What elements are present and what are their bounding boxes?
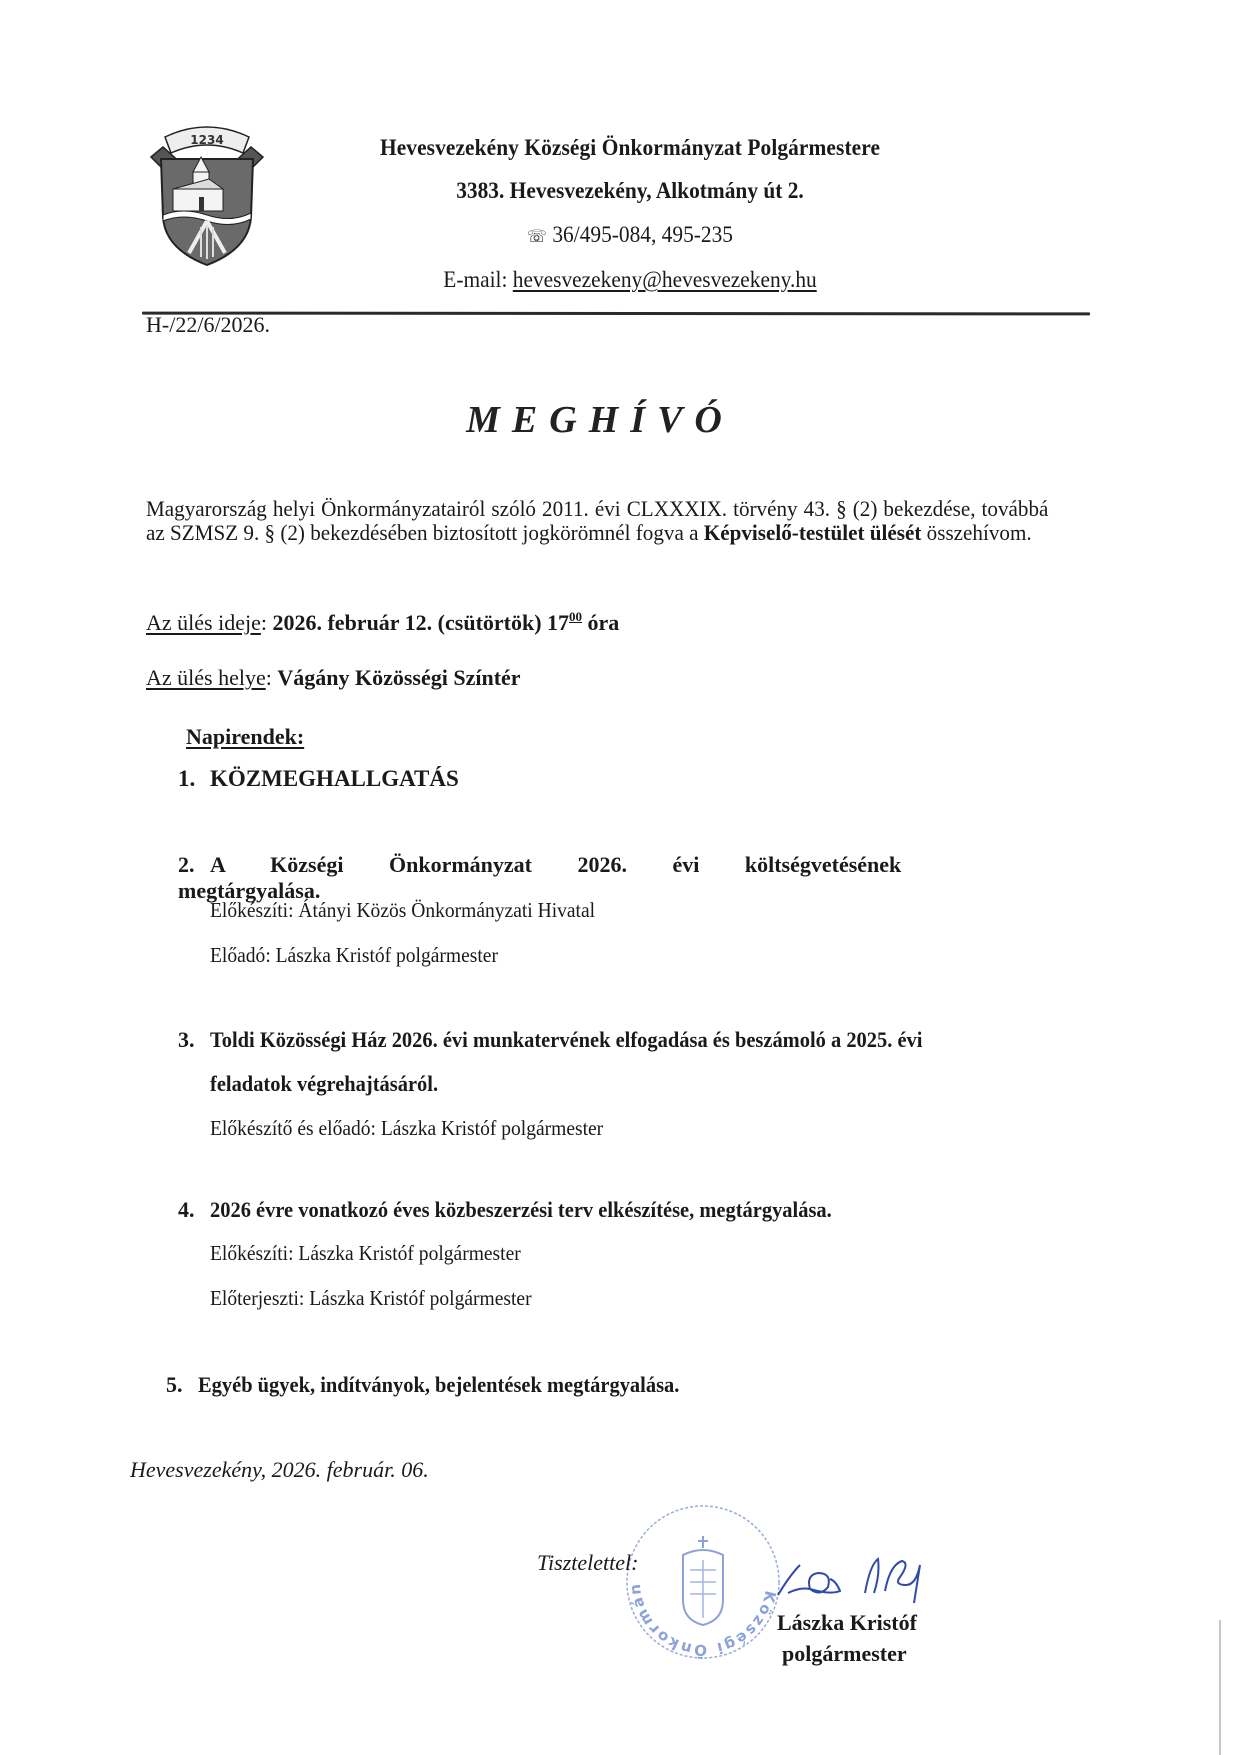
handwritten-signature-icon: [770, 1545, 950, 1605]
agenda-item-number: 2.: [178, 852, 210, 878]
closing-salutation: Tisztelettel:: [537, 1550, 638, 1576]
scan-edge-artifact: [1219, 1620, 1221, 1755]
agenda-item-title: Egyéb ügyek, indítványok, bejelentések m…: [198, 1372, 679, 1398]
agenda-item-number: 5.: [166, 1372, 198, 1398]
telephone-icon: ☏: [527, 227, 547, 247]
intro-paragraph: Magyarország helyi Önkormányzatairól szó…: [146, 497, 1048, 545]
header-divider: [142, 312, 1090, 316]
municipal-crest-icon: 1234: [143, 117, 271, 267]
reference-number: H-/22/6/2026.: [146, 312, 270, 338]
agenda-item-number: 3.: [178, 1027, 210, 1053]
meeting-time-minutes: 00: [569, 609, 582, 624]
document-title: MEGHÍVÓ: [400, 398, 800, 442]
agenda-item: 5.Egyéb ügyek, indítványok, bejelentések…: [166, 1372, 716, 1398]
agenda-item-detail: Előkészíti: Átányi Közös Önkormányzati H…: [210, 898, 595, 923]
organization-phone: ☏36/495-084, 495-235: [305, 222, 956, 248]
signer-title: polgármester: [782, 1641, 907, 1667]
organization-name: Hevesvezekény Községi Önkormányzat Polgá…: [305, 135, 956, 161]
agenda-item: 4.2026 évre vonatkozó éves közbeszerzési…: [178, 1197, 879, 1223]
meeting-time-value: 2026. február 12. (csütörtök) 1700 óra: [272, 610, 619, 635]
place-and-date: Hevesvezekény, 2026. február. 06.: [130, 1457, 429, 1483]
email-link[interactable]: hevesvezekeny@hevesvezekeny.hu: [513, 267, 817, 292]
agenda-item: 2.A Községi Önkormányzat 2026. évi költs…: [178, 852, 1078, 904]
meeting-time-label: Az ülés ideje: [146, 610, 261, 635]
agenda-item-title-continued: feladatok végrehajtásáról.: [210, 1071, 438, 1097]
meeting-place-label: Az ülés helye: [146, 665, 266, 690]
phone-numbers: 36/495-084, 495-235: [552, 222, 733, 247]
agenda-item-title: KÖZMEGHALLGATÁS: [210, 766, 459, 791]
agenda-item-title: Toldi Közösségi Ház 2026. évi munkatervé…: [210, 1027, 922, 1053]
agenda-heading: Napirendek:: [186, 724, 304, 750]
signer-name: Lászka Kristóf: [777, 1610, 917, 1636]
intro-bold-text: Képviselő-testület ülését: [704, 520, 922, 545]
agenda-item-detail: Előkészíti: Lászka Kristóf polgármester: [210, 1241, 521, 1266]
email-label: E-mail:: [443, 267, 507, 292]
official-stamp-icon: Községi Önkormányzat * Hevesvezekény *: [618, 1500, 788, 1660]
svg-text:1234: 1234: [190, 133, 223, 147]
intro-text-end: összehívom.: [921, 520, 1031, 545]
agenda-item-number: 4.: [178, 1197, 210, 1223]
meeting-place: Az ülés helye: Vágány Közösségi Színtér: [146, 665, 521, 691]
agenda-item: 3.Toldi Közösségi Ház 2026. évi munkater…: [178, 1027, 1088, 1053]
agenda-item-title: 2026 évre vonatkozó éves közbeszerzési t…: [210, 1197, 832, 1223]
agenda-item-detail: Előadó: Lászka Kristóf polgármester: [210, 943, 498, 968]
agenda-item: 1.KÖZMEGHALLGATÁS: [178, 766, 459, 792]
organization-address: 3383. Hevesvezekény, Alkotmány út 2.: [305, 178, 956, 204]
agenda-item-detail: Előterjeszti: Lászka Kristóf polgármeste…: [210, 1286, 532, 1311]
agenda-item-detail: Előkészítő és előadó: Lászka Kristóf pol…: [210, 1116, 603, 1141]
organization-email: E-mail: hevesvezekeny@hevesvezekeny.hu: [305, 267, 956, 293]
agenda-item-title: A Községi Önkormányzat 2026. évi költség…: [178, 852, 901, 903]
meeting-time: Az ülés ideje: 2026. február 12. (csütör…: [146, 609, 619, 636]
agenda-item-number: 1.: [178, 766, 210, 792]
svg-text:Községi Önkormányzat * Hevesve: Községi Önkormányzat * Hevesvezekény *: [618, 1500, 779, 1660]
meeting-place-value: Vágány Közösségi Színtér: [277, 665, 520, 690]
